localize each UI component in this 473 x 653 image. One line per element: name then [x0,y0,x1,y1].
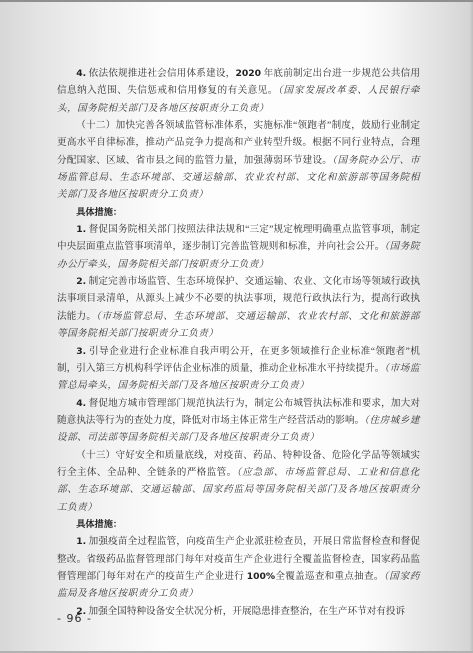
page-top-edge-line [0,0,473,2]
measure-4-urban-management: 4. 督促地方城市管理部门规范执法行为，制定公布城管执法标准和要求，加大对随意执… [57,395,420,447]
emphasis-text: 具体措施： [76,207,122,218]
section-12-regulatory-standards: （十二）加快完善各领域监管标准体系，实施标准“领跑者”制度，鼓励行业制定更高水平… [57,117,420,204]
scanned-page: 4. 依法依规推进社会信用体系建设，2020 年底前制定出台进一步规范公共信用信… [0,0,473,653]
body-text: 督促国务院相关部门按照法律法规和“三定”规定梳理明确重点监管事项，制定中央层面重… [57,224,420,252]
heading-specific-measures-1: 具体措施： [57,204,420,221]
item-4-social-credit: 4. 依法依规推进社会信用体系建设，2020 年底前制定出台进一步规范公共信用信… [57,65,420,117]
measure-2-special-equipment: 2. 加强全国特种设备安全状况分析，开展隐患排查整治，在生产环节对有投诉 [57,603,420,620]
document-body: 4. 依法依规推进社会信用体系建设，2020 年底前制定出台进一步规范公共信用信… [57,65,420,620]
emphasis-text: 3. [76,346,86,357]
page-number: - 96 - [57,612,92,625]
heading-specific-measures-2: 具体措施： [57,516,420,533]
responsible-units-text: （市场监管总局、生态环境部、交通运输部、农业农村部、文化和旅游部等国务院相关部门… [57,311,420,339]
measure-2-law-enforcement-list: 2. 制定完善市场监管、生态环境保护、交通运输、农业、文化市场等领域行政执法事项… [57,273,420,342]
emphasis-text: 100% [247,571,275,582]
emphasis-text: 具体措施： [76,519,122,530]
emphasis-text: 2020 [235,68,261,79]
measure-1-supervision-items: 1. 督促国务院相关部门按照法律法规和“三定”规定梳理明确重点监管事项，制定中央… [57,221,420,273]
body-text: 引导企业进行企业标准自我声明公开，在更多领域推行企业标准“领跑者”机制，引入第三… [57,346,420,374]
emphasis-text: 4. [76,398,86,409]
body-text: 全覆盖巡查和重点抽查。 [275,571,384,582]
measure-3-enterprise-standards: 3. 引导企业进行企业标准自我声明公开，在更多领域推行企业标准“领跑者”机制，引… [57,343,420,395]
body-text: 加强全国特种设备安全状况分析，开展隐患排查整治，在生产环节对有投诉 [86,606,405,617]
emphasis-text: 1. [76,536,86,547]
emphasis-text: 2. [76,276,86,287]
measure-1-vaccine-supervision: 1. 加强疫苗全过程监管，向疫苗生产企业派驻检查员，开展日常监督检查和督促整改。… [57,533,420,602]
emphasis-text: 1. [76,224,86,235]
emphasis-text: 4. [76,68,86,79]
body-text: 依法依规推进社会信用体系建设， [86,68,235,79]
section-13-safety-quality: （十三）守好安全和质量底线，对疫苗、药品、特种设备、危险化学品等领域实行全主体、… [57,447,420,516]
